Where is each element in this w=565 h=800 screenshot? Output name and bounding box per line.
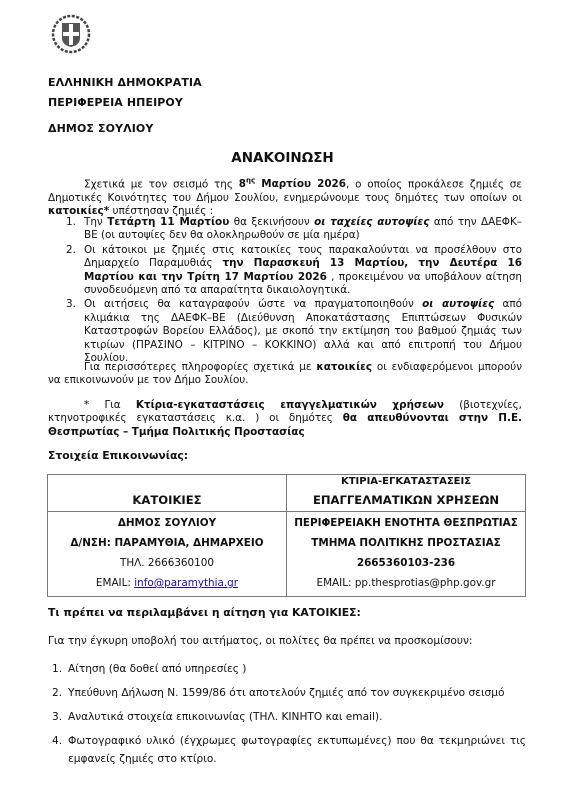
- step-item: 2.Οι κάτοικοι με ζημιές στις κατοικίες τ…: [48, 244, 522, 298]
- regional-email: pp.thesprotias@php.gov.gr: [355, 577, 496, 589]
- requirements-title: Τι πρέπει να περιλαμβάνει η αίτηση για Κ…: [48, 606, 361, 619]
- intro-paragraph: Σχετικά με τον σεισμό της 8ης Μαρτίου 20…: [48, 175, 522, 219]
- requirement-item: 2.Υπεύθυνη Δήλωση Ν. 1599/86 ότι αποτελο…: [48, 684, 526, 702]
- contacts-header-business: ΚΤΙΡΙΑ-ΕΓΚΑΤΑΣΤΑΣΕΙΣ ΕΠΑΓΓΕΛΜΑΤΙΚΩΝ ΧΡΗΣ…: [287, 475, 526, 512]
- header-country: ΕΛΛΗΝΙΚΗ ΔΗΜΟΚΡΑΤΙΑ: [48, 76, 202, 89]
- quake-date: 8ης Μαρτίου 2026: [239, 178, 346, 190]
- contacts-table: ΚΑΤΟΙΚΙΕΣ ΚΤΙΡΙΑ-ΕΓΚΑΤΑΣΤΑΣΕΙΣ ΕΠΑΓΓΕΛΜΑ…: [47, 474, 526, 597]
- contacts-header-houses: ΚΑΤΟΙΚΙΕΣ: [48, 475, 287, 512]
- requirement-item: 4.Φωτογραφικό υλικό (έγχρωμες φωτογραφίε…: [48, 732, 526, 768]
- contacts-cell-municipality: ΔΗΜΟΣ ΣΟΥΛΙΟΥ Δ/ΝΣΗ: ΠΑΡΑΜΥΘΙΑ, ΔΗΜΑΡΧΕΙ…: [48, 512, 287, 597]
- intro-text: Σχετικά με τον σεισμό της: [84, 178, 239, 190]
- regional-phone: 2665360103-236: [289, 553, 523, 573]
- municipality-email-link[interactable]: info@paramythia.gr: [134, 577, 238, 589]
- more-info-paragraph: Για περισσότερες πληροφορίες σχετικά με …: [48, 361, 522, 388]
- page-title: ΑΝΑΚΟΙΝΩΣΗ: [0, 150, 565, 166]
- header-municipality: ΔΗΜΟΣ ΣΟΥΛΙΟΥ: [48, 122, 153, 135]
- step-item: 1.Την Τετάρτη 11 Μαρτίου θα ξεκινήσουν ο…: [48, 216, 522, 243]
- step-item: 3.Οι αιτήσεις θα καταγραφούν ώστε να πρα…: [48, 298, 522, 365]
- greek-coat-of-arms-icon: [50, 14, 92, 54]
- header-region: ΠΕΡΙΦΕΡΕΙΑ ΗΠΕΙΡΟΥ: [48, 96, 183, 109]
- requirement-item: 3.Αναλυτικά στοιχεία επικοινωνίας (ΤΗΛ. …: [48, 708, 526, 726]
- requirements-intro: Για την έγκυρη υποβολή του αιτήματος, οι…: [48, 635, 473, 647]
- steps-list: 1.Την Τετάρτη 11 Μαρτίου θα ξεκινήσουν ο…: [48, 216, 522, 366]
- contacts-cell-regional-unit: ΠΕΡΙΦΕΡΕΙΑΚΗ ΕΝΟΤΗΤΑ ΘΕΣΠΡΩΤΙΑΣ ΤΜΗΜΑ ΠΟ…: [287, 512, 526, 597]
- business-note-paragraph: * Για Κτίρια-εγκαταστάσεις επαγγελματικώ…: [48, 399, 522, 439]
- requirement-item: 1.Αίτηση (θα δοθεί από υπηρεσίες ): [48, 660, 526, 678]
- contacts-title: Στοιχεία Επικοινωνίας:: [48, 449, 188, 462]
- municipality-phone: ΤΗΛ. 2666360100: [50, 553, 284, 573]
- requirements-list: 1.Αίτηση (θα δοθεί από υπηρεσίες ) 2.Υπε…: [48, 660, 526, 774]
